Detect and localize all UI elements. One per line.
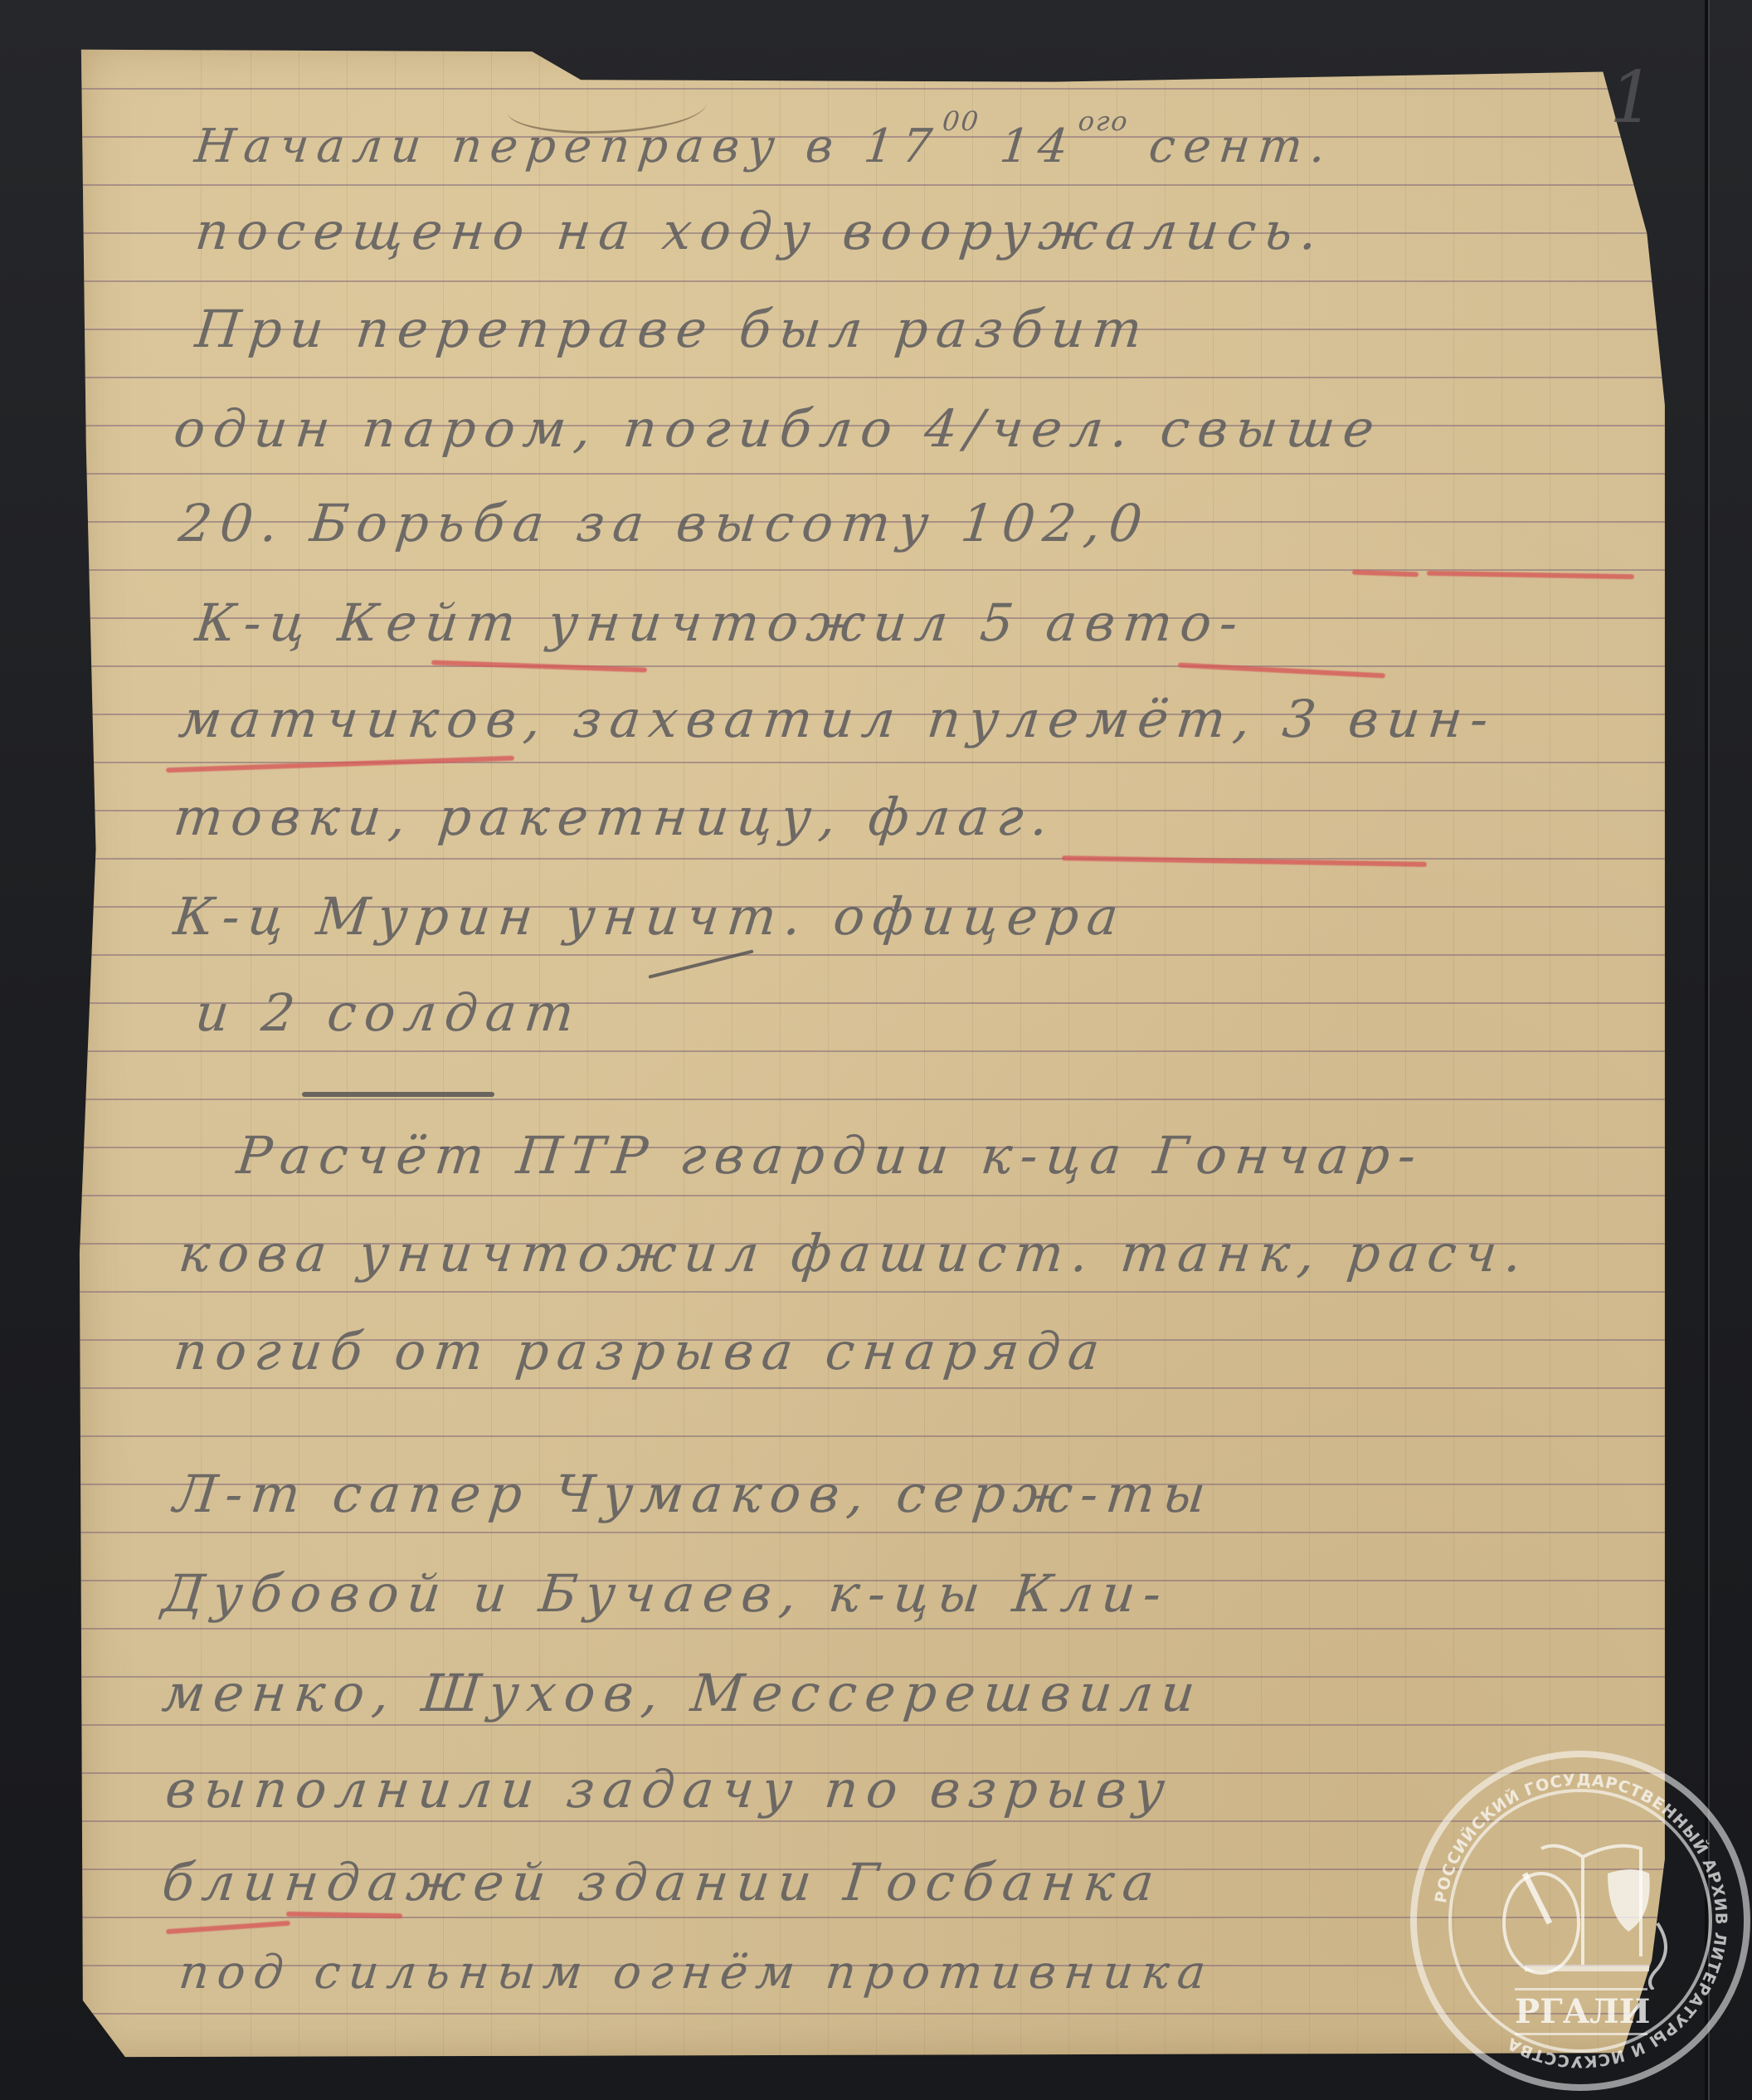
stamp-emblem-icon — [1492, 1824, 1682, 1990]
manuscript-line-19: под сильным огнём противника — [177, 1950, 1216, 1996]
ruled-line — [76, 473, 1704, 475]
ruled-line — [76, 665, 1704, 667]
grid-column — [1213, 41, 1214, 2061]
manuscript-line-12: кова уничтожил фашист. танк, расч. — [177, 1228, 1532, 1279]
manuscript-line-3: При переправе был разбит — [193, 304, 1153, 355]
ruled-line — [76, 280, 1704, 282]
ruled-line — [76, 954, 1704, 956]
manuscript-line-9: К-ц Мурин уничт. офицера — [172, 891, 1129, 943]
manuscript-line-13: погиб от разрыва снаряда — [172, 1326, 1110, 1377]
manuscript-line-1: Начали переправу в 1700 14ого сент. — [192, 108, 1337, 170]
manuscript-line-6: К-ц Кейт уничтожил 5 авто- — [193, 597, 1248, 649]
grid-column — [1261, 41, 1262, 2061]
ruled-line — [76, 184, 1704, 186]
manuscript-line-15: Дубовой и Бучаев, к-цы Кли- — [160, 1568, 1172, 1620]
manuscript-line-2: посещено на ходу вооружались. — [193, 206, 1328, 257]
ruled-line — [76, 1050, 1704, 1052]
ruled-line — [76, 1099, 1704, 1100]
manuscript-line-18: блиндажей здании Госбанка — [160, 1857, 1165, 1908]
grid-column — [1309, 41, 1310, 2061]
manuscript-line-16: менко, Шухов, Мессерешвили — [160, 1668, 1206, 1719]
manuscript-line-7: матчиков, захватил пулемёт, 3 вин- — [177, 694, 1499, 745]
page-number: 1 — [1609, 56, 1655, 139]
ruled-line — [76, 1628, 1704, 1630]
manuscript-line-4: один паром, погибло 4/чел. свыше — [172, 403, 1385, 455]
grid-column — [1405, 41, 1406, 2061]
ruled-line — [76, 858, 1704, 860]
ruled-line — [76, 88, 1704, 90]
manuscript-line-11: Расчёт ПТР гвардии к-ца Гончар- — [235, 1130, 1427, 1182]
manuscript-line-8: товки, ракетницу, флаг. — [172, 792, 1059, 843]
manuscript-line-5: 20. Борьба за высоту 102,0 — [177, 498, 1153, 549]
grid-column — [1165, 41, 1166, 2061]
ruled-line — [76, 377, 1704, 378]
section-divider — [302, 1092, 494, 1097]
manuscript-line-10: и 2 солдат — [193, 987, 585, 1039]
ruled-line — [76, 1532, 1704, 1533]
manuscript-line-17: выполнили задачу по взрыву — [163, 1764, 1175, 1815]
stamp-abbreviation: РГАЛИ — [1515, 1988, 1647, 2035]
archive-stamp: РОССИЙСКИЙ ГОСУДАРСТВЕННЫЙ АРХИВ ЛИТЕРАТ… — [1410, 1751, 1750, 2091]
ruled-line — [76, 1291, 1704, 1293]
manuscript-line-14: Л-т сапер Чумаков, серж-ты — [172, 1469, 1216, 1520]
ruled-line — [76, 1435, 1704, 1437]
ruled-line — [76, 1387, 1704, 1389]
ruled-line — [76, 1195, 1704, 1196]
ruled-line — [76, 1724, 1704, 1726]
grid-column — [1357, 41, 1358, 2061]
